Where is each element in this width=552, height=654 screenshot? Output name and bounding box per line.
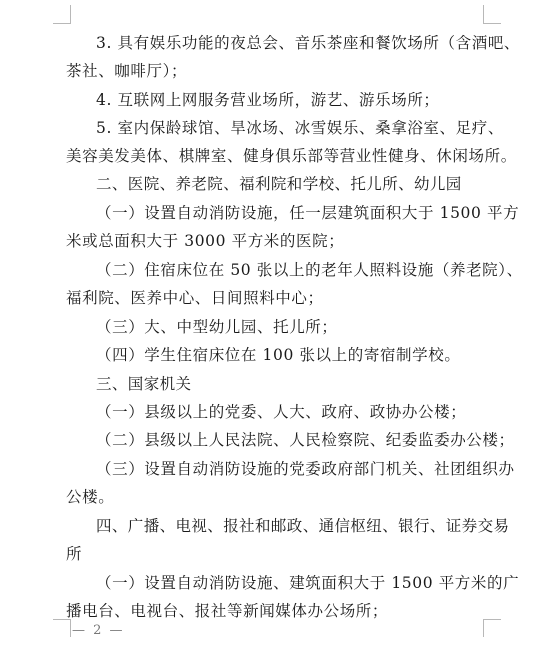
body-line: （四）学生住宿床位在 100 张以上的寄宿制学校。 [66,341,488,369]
body-line: 美容美发美体、棋牌室、健身俱乐部等营业性健身、休闲场所。 [66,142,458,170]
body-line: 5. 室内保龄球馆、旱冰场、冰雪娱乐、桑拿浴室、足疗、 [66,114,488,142]
document-page: 3. 具有娱乐功能的夜总会、音乐茶座和餐饮场所（含酒吧、 茶社、咖啡厅）； 4.… [0,0,552,654]
crop-mark-top-left-horizontal [53,23,71,24]
page-number: — 2 — [72,623,125,638]
body-line: 福利院、医养中心、日间照料中心； [66,284,458,312]
body-line: （一）设置自动消防设施，任一层建筑面积大于 1500 平方 [66,199,488,227]
body-line: （三）设置自动消防设施的党委政府部门机关、社团组织办 [66,455,488,483]
section-heading: 所 [66,540,458,568]
crop-mark-bottom-right-horizontal [483,619,501,620]
crop-mark-top-right-horizontal [483,23,501,24]
crop-mark-top-left-vertical [70,5,71,23]
body-line: （一）县级以上的党委、人大、政府、政协办公楼； [66,398,488,426]
body-line: （二）县级以上人民法院、人民检察院、纪委监委办公楼； [66,426,488,454]
section-heading: 四、广播、电视、报社和邮政、通信枢纽、银行、证券交易 [66,512,488,540]
section-heading: 三、国家机关 [66,370,488,398]
body-line: （二）住宿床位在 50 张以上的老年人照料设施（养老院）、 [66,256,488,284]
body-line: 4. 互联网上网服务营业场所，游艺、游乐场所； [66,86,488,114]
crop-mark-top-right-vertical [483,5,484,23]
body-line: 米或总面积大于 3000 平方米的医院； [66,227,458,255]
section-heading: 二、医院、养老院、福利院和学校、托儿所、幼儿园 [66,170,488,198]
crop-mark-bottom-right-vertical [483,619,484,637]
body-line: （一）设置自动消防设施、建筑面积大于 1500 平方米的广 [66,569,488,597]
body-line: （三）大、中型幼儿园、托儿所； [66,313,488,341]
body-line: 3. 具有娱乐功能的夜总会、音乐茶座和餐饮场所（含酒吧、 [66,29,488,57]
body-line: 茶社、咖啡厅）； [66,57,458,85]
body-line: 公楼。 [66,483,458,511]
body-line: 播电台、电视台、报社等新闻媒体办公场所； [66,597,458,625]
